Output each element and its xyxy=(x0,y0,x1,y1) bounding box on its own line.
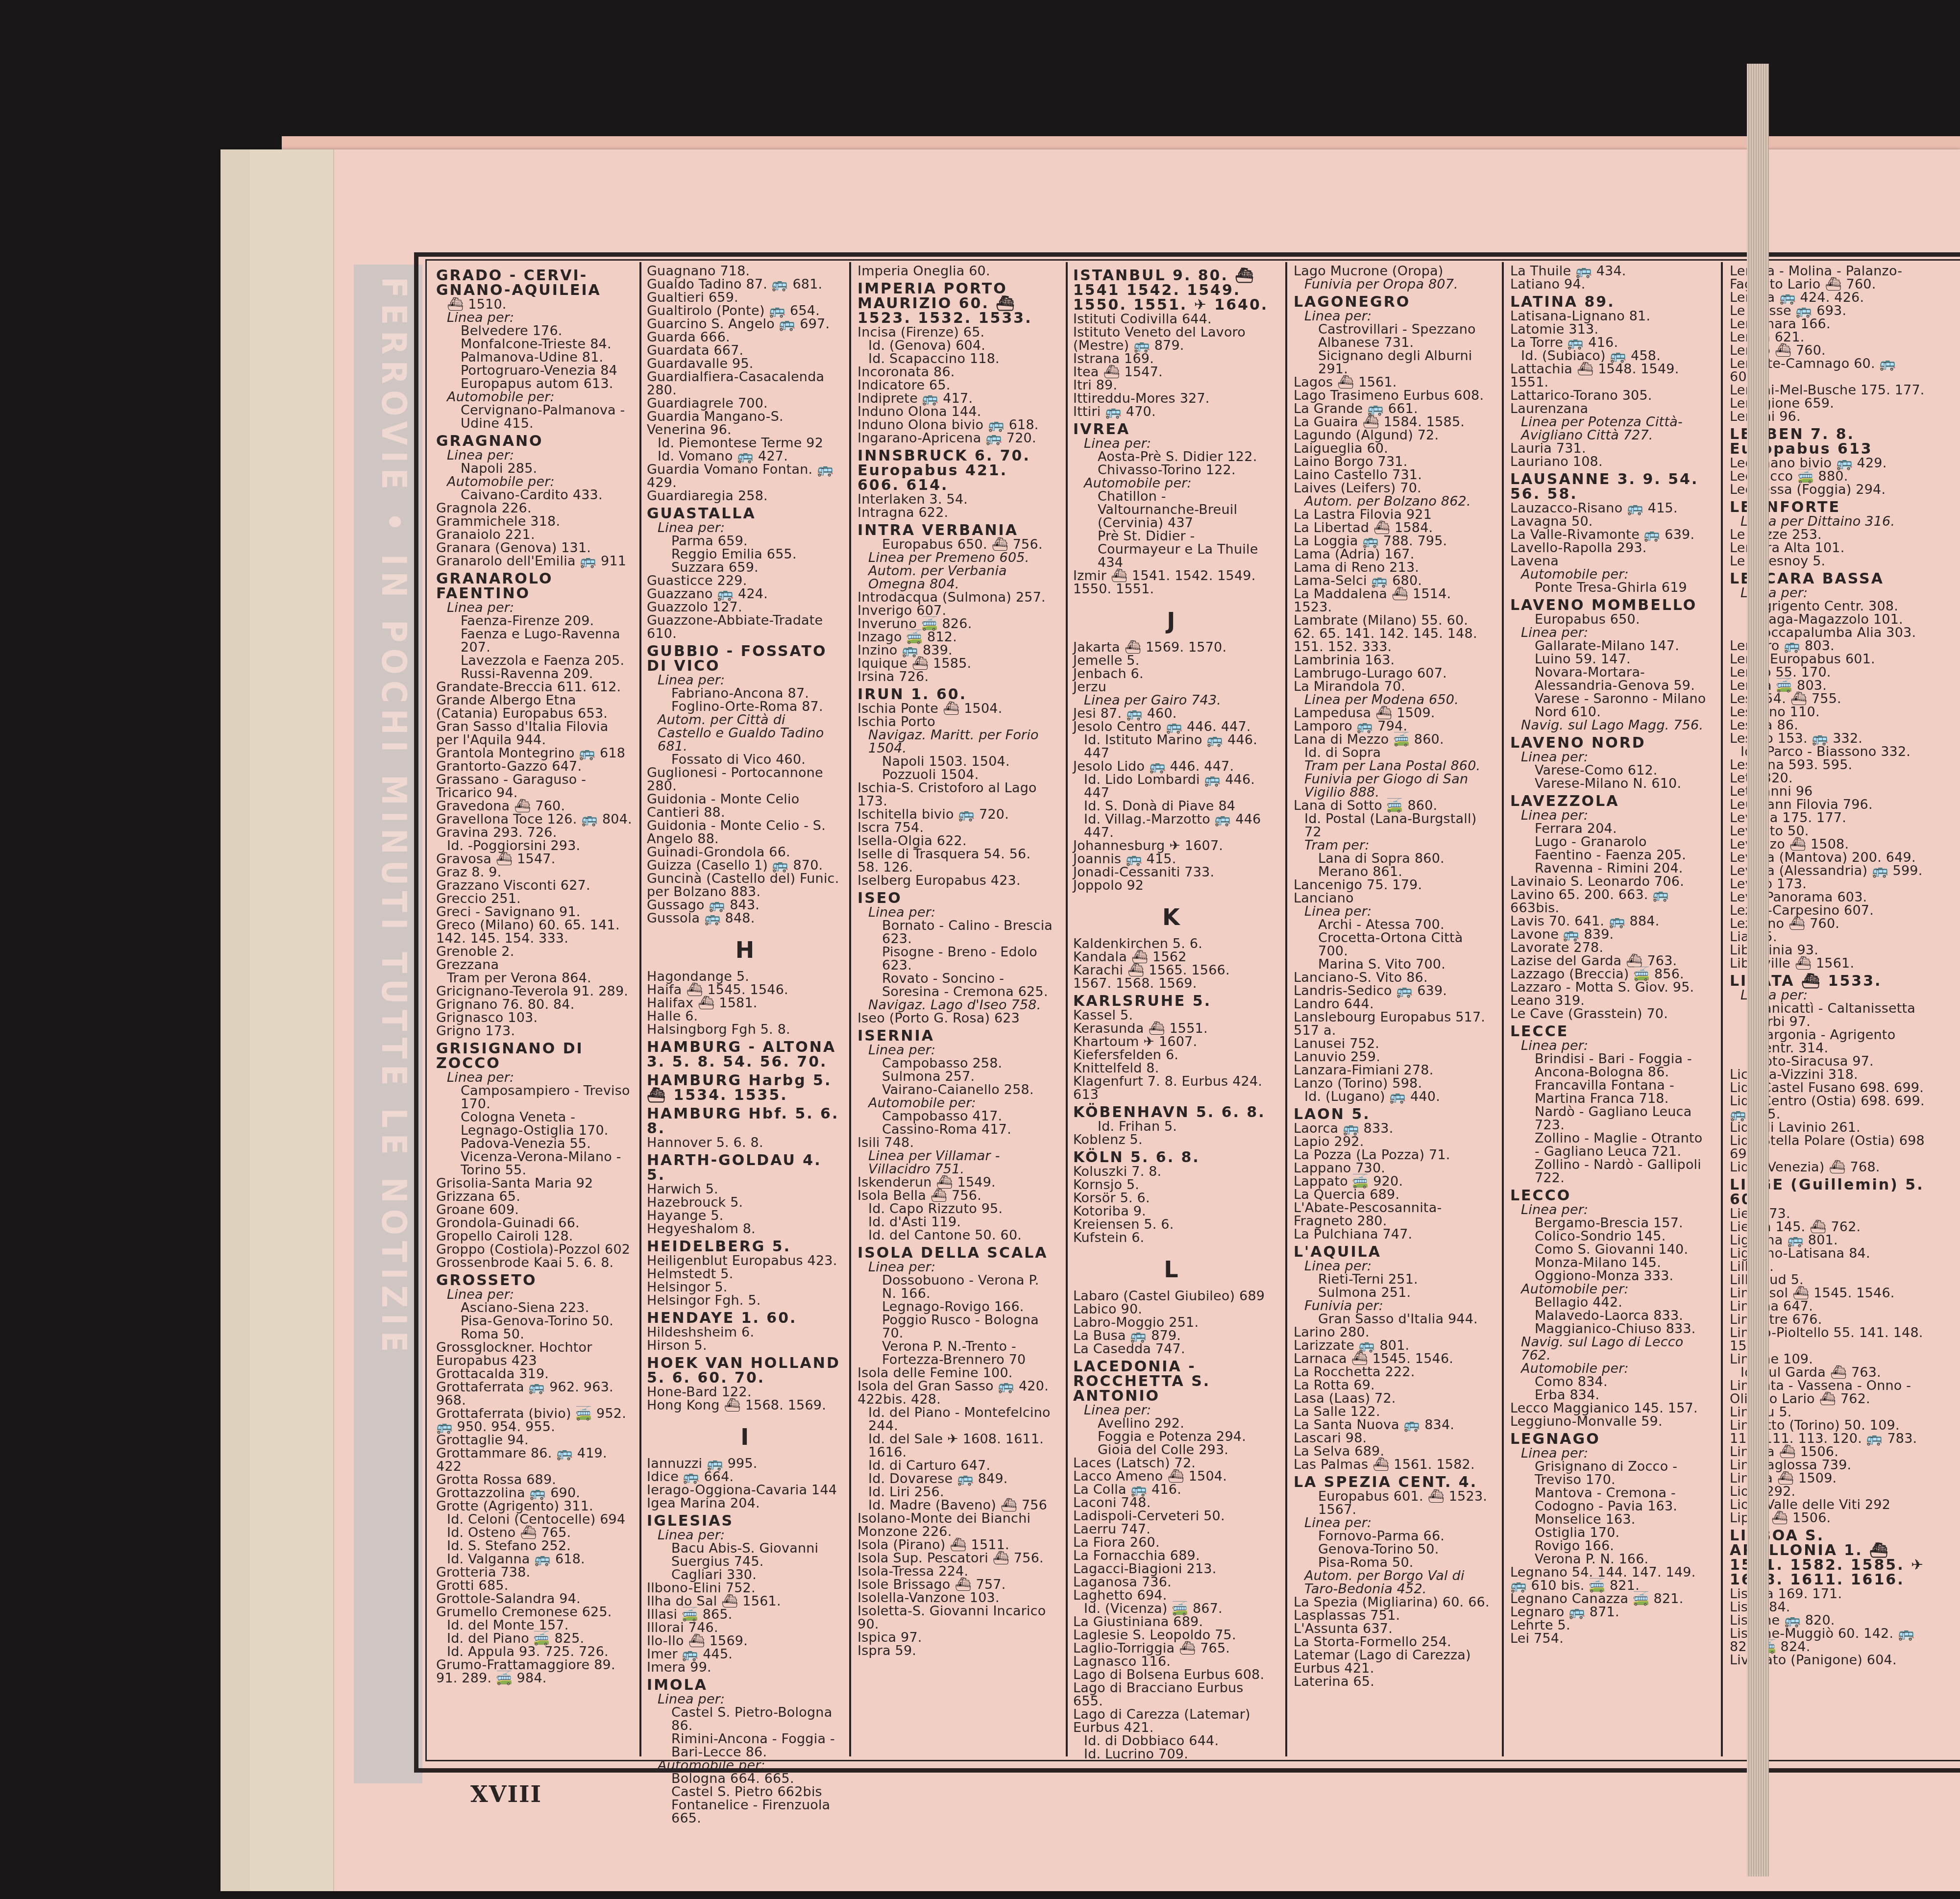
sub-entry: Marina S. Vito 700. xyxy=(1294,958,1490,971)
index-entry: Jerzu xyxy=(1073,681,1269,694)
index-entry: La Maddalena ⛴ 1514. 1523. xyxy=(1294,587,1490,614)
index-entry: Labico 90. xyxy=(1073,1303,1269,1316)
index-entry: Lasplassas 751. xyxy=(1294,1609,1490,1622)
index-entry: Klagenfurt 7. 8. Eurbus 424. 613 xyxy=(1073,1075,1269,1101)
index-entry: Lauzacco-Risano 🚌 415. xyxy=(1510,502,1706,515)
index-entry: Laurenzana xyxy=(1510,402,1706,415)
sub-entry: Bellagio 442. xyxy=(1510,1296,1706,1309)
index-entry: Iselle di Trasquera 54. 56. 58. 126. xyxy=(857,848,1053,874)
sub-entry: Europabus 650. xyxy=(1510,613,1706,626)
index-entry: La Mirandola 70. xyxy=(1294,680,1490,693)
station-heading: LECCE xyxy=(1510,1024,1706,1039)
index-entry: Inzago 🚎 812. xyxy=(857,631,1053,644)
index-entry: Lago di Bracciano Eurbus 655. xyxy=(1073,1681,1269,1708)
sub-entry: Id. Vomano 🚌 427. xyxy=(647,450,843,463)
route-label: Tram per: xyxy=(1294,839,1490,852)
index-entry: Grumo-Frattamaggiore 89. 91. 289. 🚎 984. xyxy=(436,1658,632,1685)
index-entry: Koblenz 5. xyxy=(1073,1133,1269,1146)
letter-heading: K xyxy=(1073,906,1269,928)
route-label: Automobile per: xyxy=(1510,1283,1706,1296)
index-entry: Isola Bella ⛴ 756. xyxy=(857,1189,1053,1202)
index-entry: Istrana 169. xyxy=(1073,352,1269,365)
index-entry: Kornsjo 5. xyxy=(1073,1178,1269,1192)
index-entry: La Libertad ⛴ 1584. xyxy=(1294,521,1490,535)
index-entry: Isola Sup. Pescatori ⛴ 756. xyxy=(857,1552,1053,1565)
index-entry: Korsör 5. 6. xyxy=(1073,1192,1269,1205)
sub-entry: Parma 659. xyxy=(647,535,843,548)
index-entry: Gricignano-Teverola 91. 289. xyxy=(436,985,632,998)
index-entry: Imer 🚌 445. xyxy=(647,1648,843,1661)
index-entry: Landris-Sedico 🚌 639. xyxy=(1294,984,1490,998)
page-number: XVIII xyxy=(470,1781,542,1807)
index-entry: Halle 6. xyxy=(647,1010,843,1023)
index-entry: Lama-Selci 🚌 680. xyxy=(1294,574,1490,587)
sub-entry: Campobasso 417. xyxy=(857,1110,1053,1123)
index-entry: Jakarta ⛴ 1569. 1570. xyxy=(1073,641,1269,654)
index-entry: Grenoble 2. xyxy=(436,945,632,958)
sub-entry: Id. d'Asti 119. xyxy=(857,1216,1053,1229)
index-entry: Jesolo Lido 🚌 446. 447. xyxy=(1073,760,1269,773)
index-entry: Kiefersfelden 6. xyxy=(1073,1048,1269,1062)
index-entry: Jesi 87. 🚌 460. xyxy=(1073,707,1269,720)
station-heading: KÖLN 5. 6. 8. xyxy=(1073,1150,1269,1165)
station-heading: IMPERIA PORTO MAURIZIO 60. ⛴ 1523. 1532.… xyxy=(857,282,1053,326)
index-entry: Hirson 5. xyxy=(647,1339,843,1352)
sub-entry: Id. (Subiaco) 🚌 458. xyxy=(1510,349,1706,363)
index-entry: Idice 🚌 664. xyxy=(647,1470,843,1484)
sub-entry: Padova-Venezia 55. xyxy=(436,1137,632,1150)
index-entry: Hazebrouck 5. xyxy=(647,1196,843,1209)
index-entry: Lavagna 50. xyxy=(1510,515,1706,528)
index-column-1: GRADO - CERVI-GNANO-AQUILEIA⛴ 1510.Linea… xyxy=(436,265,632,1685)
sub-entry: Europabus 601. ⛴ 1523. 1567. xyxy=(1294,1490,1490,1516)
sub-entry: Cologna Veneta - Legnago-Ostiglia 170. xyxy=(436,1111,632,1137)
index-entry: Ladispoli-Cerveteri 50. xyxy=(1073,1509,1269,1523)
sub-entry: Id. del Monte 157. xyxy=(436,1619,632,1632)
index-entry: La Quercia 689. xyxy=(1294,1188,1490,1201)
station-heading: ISOLA DELLA SCALA xyxy=(857,1246,1053,1261)
index-entry: Grottazzolina 🚌 690. xyxy=(436,1486,632,1500)
index-entry: La Grande 🚌 661. xyxy=(1294,402,1490,415)
index-entry: Indiprete 🚌 417. xyxy=(857,392,1053,405)
index-entry: Isolella-Vanzone 103. xyxy=(857,1591,1053,1605)
station-heading: LATINA 89. xyxy=(1510,295,1706,310)
station-heading: HENDAYE 1. 60. xyxy=(647,1311,843,1326)
sub-entry: Faenza-Firenze 209. xyxy=(436,614,632,628)
index-entry: Gravina 293. 726. xyxy=(436,826,632,839)
index-entry: Guarcino S. Angelo 🚌 697. xyxy=(647,317,843,331)
sub-entry: Aosta-Prè S. Didier 122. xyxy=(1073,450,1269,463)
index-entry: Ittireddu-Mores 327. xyxy=(1073,392,1269,405)
route-label: Linea per: xyxy=(436,449,632,462)
index-entry: La Giustiniana 689. xyxy=(1073,1615,1269,1629)
index-entry: Lazise del Garda ⛴ 763. xyxy=(1510,954,1706,968)
index-entry: Isili 748. xyxy=(857,1136,1053,1149)
station-heading: IGLESIAS xyxy=(647,1514,843,1529)
index-entry: Grumello Cremonese 625. xyxy=(436,1606,632,1619)
index-entry: Lambrugo-Lurago 607. xyxy=(1294,667,1490,680)
index-entry: Induno Olona bivio 🚌 618. xyxy=(857,418,1053,432)
index-entry: Ittiri 🚌 470. xyxy=(1073,405,1269,418)
sub-entry: Id. del Piano 🚎 825. xyxy=(436,1632,632,1645)
index-entry: L'Assunta 637. xyxy=(1294,1622,1490,1635)
index-entry: Iselberg Europabus 423. xyxy=(857,874,1053,887)
route-label: Funivia per Oropa 807. xyxy=(1294,278,1490,291)
index-entry: Grottammare 86. 🚌 419. 422 xyxy=(436,1447,632,1473)
route-label: Linea per Gairo 743. xyxy=(1073,694,1269,707)
sub-entry: Id. -Poggiorsini 293. xyxy=(436,839,632,852)
index-entry: La Storta-Formello 254. xyxy=(1294,1635,1490,1649)
index-entry: Grassano - Garaguso - Tricarico 94. xyxy=(436,773,632,800)
station-heading: IVREA xyxy=(1073,422,1269,437)
station-heading: ISTANBUL 9. 80. ⛴ 1541 1542. 1549. 1550.… xyxy=(1073,268,1269,313)
station-heading: GUASTALLA xyxy=(647,507,843,521)
route-label: Linea per: xyxy=(436,311,632,324)
route-label: Funivia per Giogo di San Vigilio 888. xyxy=(1294,773,1490,799)
sub-entry: Sicignano degli Alburni 291. xyxy=(1294,349,1490,376)
sub-entry: Como 834. xyxy=(1510,1375,1706,1388)
index-entry: Grossenbrode Kaai 5. 6. 8. xyxy=(436,1256,632,1269)
index-entry: Laino Castello 731. xyxy=(1294,468,1490,482)
index-entry: Jesolo Centro 🚌 446. 447. xyxy=(1073,720,1269,733)
index-entry: Groppo (Costiola)-Pozzol 602 xyxy=(436,1243,632,1256)
sub-entry: Gioia del Colle 293. xyxy=(1073,1443,1269,1457)
index-entry: Grottole-Salandra 94. xyxy=(436,1592,632,1606)
index-entry: Hildeshsheim 6. xyxy=(647,1326,843,1339)
index-entry: Lagnasco 116. xyxy=(1073,1655,1269,1668)
index-entry: Greci - Savignano 91. xyxy=(436,905,632,919)
index-entry: Laganosa 736. xyxy=(1073,1576,1269,1589)
index-entry: Ischia-S. Cristoforo al Lago 173. xyxy=(857,781,1053,808)
index-entry: Isola (Pirano) ⛴ 1511. xyxy=(857,1538,1053,1552)
station-heading: LEGNAGO xyxy=(1510,1432,1706,1447)
sub-entry: Id. di Carturo 647. xyxy=(857,1459,1053,1472)
index-entry: Lambrate (Milano) 55. 60. 62. 65. 141. 1… xyxy=(1294,614,1490,654)
index-entry: Le Cave (Grasstein) 70. xyxy=(1510,1007,1706,1021)
sub-entry: Merano 861. xyxy=(1294,865,1490,878)
index-entry: Lanuvio 259. xyxy=(1294,1050,1490,1064)
sub-entry: Gran Sasso d'Italia 944. xyxy=(1294,1313,1490,1326)
index-entry: Istituti Codivilla 644. xyxy=(1073,313,1269,326)
index-entry: Guardavalle 95. xyxy=(647,357,843,370)
station-heading: ISEO xyxy=(857,891,1053,906)
index-entry: Harwich 5. xyxy=(647,1183,843,1196)
index-entry: Kerasunda ⛴ 1551. xyxy=(1073,1022,1269,1035)
index-entry: Laorca 🚌 833. xyxy=(1294,1122,1490,1135)
station-heading: HAMBURG Hbf. 5. 6. 8. xyxy=(647,1107,843,1136)
index-entry: Hagondange 5. xyxy=(647,970,843,983)
index-entry: Hegyeshalom 8. xyxy=(647,1222,843,1236)
index-entry: Guagnano 718. xyxy=(647,265,843,278)
sub-entry: Monfalcone-Trieste 84. xyxy=(436,338,632,351)
sub-entry: Suzzara 659. xyxy=(647,561,843,574)
index-entry: Landro 644. xyxy=(1294,998,1490,1011)
index-entry: Guazzone-Abbiate-Tradate 610. xyxy=(647,614,843,640)
sub-entry: Maggianico-Chiuso 833. xyxy=(1510,1322,1706,1336)
station-heading: HARTH-GOLDAU 4. 5. xyxy=(647,1153,843,1183)
station-heading: LAVENO NORD xyxy=(1510,736,1706,751)
index-entry: Jemelle 5. xyxy=(1073,654,1269,667)
sub-entry: Roma 50. xyxy=(436,1328,632,1341)
sub-entry: Id. di Dobbiaco 644. xyxy=(1073,1734,1269,1748)
sub-entry: Id. Capo Rizzuto 95. xyxy=(857,1202,1053,1216)
station-heading: KÖBENHAVN 5. 6. 8. xyxy=(1073,1105,1269,1120)
index-entry: Isole Brissago ⛴ 757. xyxy=(857,1578,1053,1591)
sub-entry: Oggiono-Monza 333. xyxy=(1510,1269,1706,1283)
index-entry: Lecco Maggianico 145. 157. xyxy=(1510,1402,1706,1415)
sub-entry: Sulmona 257. xyxy=(857,1070,1053,1083)
index-entry: Inveruno 🚎 826. xyxy=(857,617,1053,631)
index-entry: La Casedda 747. xyxy=(1073,1342,1269,1356)
index-entry: Gravedona ⛴ 760. xyxy=(436,800,632,813)
index-entry: Laglesie S. Leopoldo 75. xyxy=(1073,1629,1269,1642)
index-entry: Laces (Latsch) 72. xyxy=(1073,1457,1269,1470)
index-entry: Halifax ⛴ 1581. xyxy=(647,997,843,1010)
index-entry: Grignano 76. 80. 84. xyxy=(436,998,632,1011)
sub-entry: Bologna 664. 665. xyxy=(647,1772,843,1785)
side-band-text: FERROVIE • IN POCHI MINUTI TUTTE LE NOTI… xyxy=(365,277,414,1771)
index-entry: Lamporo 🚌 794. xyxy=(1294,720,1490,733)
index-entry: Isoletta-S. Giovanni Incarico 90. xyxy=(857,1605,1053,1631)
index-entry: Granara (Genova) 131. xyxy=(436,541,632,555)
index-entry: Latemar (Lago di Carezza) Eurbus 421. xyxy=(1294,1649,1490,1675)
index-entry: Lappato 🚎 920. xyxy=(1294,1175,1490,1188)
sub-entry: Verona P. N. 166. xyxy=(1510,1553,1706,1566)
sub-entry: Id. Frihan 5. xyxy=(1073,1120,1269,1133)
index-entry: Guardia Mangano-S. Venerina 96. xyxy=(647,410,843,437)
sub-entry: Belvedere 176. xyxy=(436,324,632,338)
index-entry: Incoronata 86. xyxy=(857,365,1053,379)
index-entry: Guasticce 229. xyxy=(647,574,843,587)
sub-entry: Caivano-Cardito 433. xyxy=(436,488,632,502)
sub-entry: Id. Appula 93. 725. 726. xyxy=(436,1645,632,1658)
sub-entry: Cassino-Roma 417. xyxy=(857,1123,1053,1136)
sub-entry: Avellino 292. xyxy=(1073,1417,1269,1430)
index-entry: Lagundo (Algund) 72. xyxy=(1294,429,1490,442)
sub-entry: Sulmona 251. xyxy=(1294,1286,1490,1299)
index-entry: Izmir ⛴ 1541. 1542. 1549. 1550. 1551. xyxy=(1073,569,1269,596)
sub-entry: Dossobuono - Verona P. N. 166. xyxy=(857,1274,1053,1300)
sub-entry: Colico-Sondrio 145. xyxy=(1510,1230,1706,1243)
sub-entry: Fabriano-Ancona 87. xyxy=(647,687,843,700)
index-entry: Isola del Gran Sasso 🚌 420. 422bis. 428. xyxy=(857,1380,1053,1406)
route-label: Navig. sul Lago Magg. 756. xyxy=(1510,719,1706,732)
sub-entry: Bornato - Calino - Brescia 623. xyxy=(857,919,1053,946)
sub-entry: Foggia e Potenza 294. xyxy=(1073,1430,1269,1443)
index-entry: Interlaken 3. 54. xyxy=(857,493,1053,506)
station-heading: IRUN 1. 60. xyxy=(857,687,1053,702)
index-entry: Guizza (Casello 1) 🚌 870. xyxy=(647,859,843,872)
sub-entry: Id. (Lugano) 🚌 440. xyxy=(1294,1090,1490,1103)
index-entry: Lago di Carezza (Latemar) Eurbus 421. xyxy=(1073,1708,1269,1734)
index-entry: Laives (Leifers) 70. xyxy=(1294,482,1490,495)
index-entry: Helsingor Fgh. 5. xyxy=(647,1294,843,1307)
index-entry: Gravellona Toce 126. 🚌 804. xyxy=(436,813,632,826)
route-label: Linea per: xyxy=(647,1529,843,1542)
letter-heading: L xyxy=(1073,1258,1269,1281)
index-entry: Gualtirolo (Ponte) 🚌 654. xyxy=(647,304,843,317)
index-entry: Guazzano 🚌 424. xyxy=(647,587,843,601)
sub-entry: Castel S. Pietro 662bis xyxy=(647,1785,843,1799)
column-divider xyxy=(1721,262,1723,1756)
index-entry: Lei 754. xyxy=(1510,1632,1706,1645)
index-entry: Grottacalda 319. xyxy=(436,1367,632,1381)
index-entry: Induno Olona 144. xyxy=(857,405,1053,418)
index-entry: Isolano-Monte dei Bianchi Monzone 226. xyxy=(857,1512,1053,1538)
index-entry: Lagacci-Biagioni 213. xyxy=(1073,1562,1269,1576)
index-entry: Granarolo dell'Emilia 🚌 911 xyxy=(436,555,632,568)
route-label: Linea per: xyxy=(857,1261,1053,1274)
index-entry: Grottaferrata 🚌 962. 963. 968. xyxy=(436,1381,632,1407)
index-entry: Grisolia-Santa Maria 92 xyxy=(436,1177,632,1190)
sub-entry: Europapus autom 613. xyxy=(436,377,632,390)
index-entry: Iscra 754. xyxy=(857,821,1053,834)
station-heading: LACEDONIA - ROCCHETTA S. ANTONIO xyxy=(1073,1360,1269,1404)
index-entry: Leggiuno-Monvalle 59. xyxy=(1510,1415,1706,1428)
station-heading: LA SPEZIA CENT. 4. xyxy=(1294,1475,1490,1490)
station-heading: HOEK VAN HOLLAND 5. 6. 60. 70. xyxy=(647,1356,843,1386)
index-entry: Heiligenblut Europabus 423. xyxy=(647,1254,843,1267)
sub-entry: Pisogne - Breno - Edolo 623. xyxy=(857,946,1053,972)
index-entry: Iseo (Porto G. Rosa) 623 xyxy=(857,1012,1053,1025)
sub-entry: Portogruaro-Venezia 84 xyxy=(436,364,632,377)
column-divider xyxy=(849,262,851,1756)
index-entry: Imera 99. xyxy=(647,1661,843,1674)
index-entry: Jonadi-Cessaniti 733. xyxy=(1073,866,1269,879)
station-heading: L'AQUILA xyxy=(1294,1245,1490,1260)
index-entry: Ilo-Ilo ⛴ 1569. xyxy=(647,1634,843,1648)
index-entry: Las Palmas ⛴ 1561. 1582. xyxy=(1294,1458,1490,1471)
index-entry: Ilbono-Elini 752. xyxy=(647,1582,843,1595)
station-heading: LAON 5. xyxy=(1294,1107,1490,1122)
station-heading: INTRA VERBANIA xyxy=(857,523,1053,538)
sub-entry: Id. Villag.-Marzotto 🚌 446 447. xyxy=(1073,813,1269,839)
index-entry: Ierago-Oggiona-Cavaria 144 xyxy=(647,1484,843,1497)
station-heading: HAMBURG Harbg 5. ⛴ 1534. 1535. xyxy=(647,1073,843,1103)
index-entry: Latiano 94. xyxy=(1510,278,1706,291)
index-entry: Grondola-Guinadi 66. xyxy=(436,1217,632,1230)
index-entry: Grottaferrata (bivio) 🚎 952. 🚌 950. 954.… xyxy=(436,1407,632,1434)
index-entry: Istituto Veneto del Lavoro (Mestre) 🚌 87… xyxy=(1073,326,1269,352)
station-heading: INNSBRUCK 6. 70. Europabus 421. 606. 614… xyxy=(857,449,1053,493)
index-entry: Lago di Bolsena Eurbus 608. xyxy=(1073,1668,1269,1681)
column-divider xyxy=(639,262,641,1756)
index-entry: Lavino 65. 200. 663. 🚌 663bis. xyxy=(1510,888,1706,915)
route-label: Linea per Modena 650. xyxy=(1294,693,1490,706)
route-label: Funivia per: xyxy=(1294,1299,1490,1313)
letter-heading: H xyxy=(647,939,843,961)
index-entry: Guncinà (Castello del) Funic. per Bolzan… xyxy=(647,872,843,899)
index-entry: Laerru 747. xyxy=(1073,1523,1269,1536)
index-entry: Lavello-Rapolla 293. xyxy=(1510,541,1706,555)
index-column-4: ISTANBUL 9. 80. ⛴ 1541 1542. 1549. 1550.… xyxy=(1073,265,1269,1761)
route-label: Automobile per: xyxy=(1510,568,1706,581)
index-entry: Graz 8. 9. xyxy=(436,866,632,879)
index-entry: Ispra 59. xyxy=(857,1644,1053,1657)
sub-entry: Nardò - Gagliano Leuca 723. xyxy=(1510,1105,1706,1132)
index-entry: Groane 609. xyxy=(436,1203,632,1217)
index-entry: Guazzolo 127. xyxy=(647,601,843,614)
index-entry: Hong Kong ⛴ 1568. 1569. xyxy=(647,1399,843,1412)
index-entry: Hone-Bard 122. xyxy=(647,1386,843,1399)
index-entry: Gropello Cairoli 128. xyxy=(436,1230,632,1243)
index-entry: Itea ⛴ 1547. xyxy=(1073,365,1269,379)
index-entry: Hannover 5. 6. 8. xyxy=(647,1136,843,1149)
sub-entry: Foglino-Orte-Roma 87. xyxy=(647,700,843,713)
sub-entry: Id. Lido Lombardi 🚌 446. 447 xyxy=(1073,773,1269,800)
index-entry: Indicatore 65. xyxy=(857,379,1053,392)
sub-entry: Zollino - Maglie - Otranto - Gagliano Le… xyxy=(1510,1132,1706,1158)
sub-entry: Malavedo-Laorca 833. xyxy=(1510,1309,1706,1322)
index-entry: Lampedusa ⛴ 1509. xyxy=(1294,706,1490,720)
sub-entry: Zollino - Nardò - Gallipoli 722. xyxy=(1510,1158,1706,1185)
index-entry: Grotteria 738. xyxy=(436,1566,632,1579)
index-entry: Guardialfiera-Casacalenda 280. xyxy=(647,370,843,397)
route-label: Linea per Premeno 605. xyxy=(857,551,1053,564)
sub-entry: Lana di Sopra 860. xyxy=(1294,852,1490,865)
index-entry: Leano 319. xyxy=(1510,994,1706,1007)
index-entry: La Salle 122. xyxy=(1294,1405,1490,1418)
sub-entry: Napoli 285. xyxy=(436,462,632,475)
index-entry: La Santa Nuova 🚌 834. xyxy=(1294,1418,1490,1432)
index-entry: La Busa 🚌 879. xyxy=(1073,1329,1269,1342)
index-entry: Laconi 748. xyxy=(1073,1496,1269,1509)
sub-entry: Id. (Genova) 604. xyxy=(857,339,1053,352)
sub-entry: Fontanelice - Firenzuola 665. xyxy=(647,1799,843,1825)
sub-entry: Reggio Emilia 655. xyxy=(647,548,843,561)
route-label: Automobile per: xyxy=(857,1096,1053,1110)
index-entry: Guardata 667. xyxy=(647,344,843,357)
sub-entry: Id. Postal (Lana-Burgstall) 72 xyxy=(1294,812,1490,839)
index-entry: Grezzana xyxy=(436,958,632,972)
index-entry: Gussola 🚌 848. xyxy=(647,912,843,925)
station-heading: GRAGNANO xyxy=(436,434,632,449)
index-entry: La Lastra Filovia 921 xyxy=(1294,508,1490,521)
sub-entry: Napoli 1503. 1504. xyxy=(857,755,1053,768)
route-label: Automobile per: xyxy=(436,390,632,404)
index-entry: Lago Trasimeno Eurbus 608. xyxy=(1294,389,1490,402)
index-entry: Lancenigo 75. 179. xyxy=(1294,878,1490,892)
index-entry: Isella-Olgia 622. xyxy=(857,834,1053,848)
station-heading: GROSSETO xyxy=(436,1273,632,1288)
index-entry: Laglio-Torriggia ⛴ 765. xyxy=(1073,1642,1269,1655)
sub-entry: Mantova - Cremona - Codogno - Pavia 163. xyxy=(1510,1486,1706,1513)
station-heading: HEIDELBERG 5. xyxy=(647,1240,843,1254)
index-entry: Granaiolo 221. xyxy=(436,528,632,541)
sub-entry: Verona P. N.-Trento - Fortezza-Brennero … xyxy=(857,1340,1053,1366)
sub-entry: Crocetta-Ortona Città 700. xyxy=(1294,931,1490,958)
index-entry: Lappano 730. xyxy=(1294,1162,1490,1175)
sub-entry: Ostiglia 170. xyxy=(1510,1526,1706,1539)
sub-entry: Id. Scapaccino 118. xyxy=(857,352,1053,365)
route-label: Linea per: xyxy=(1510,1203,1706,1217)
index-entry: Joannis 🚌 415. xyxy=(1073,852,1269,866)
route-label: Autom. per Verbania Omegna 804. xyxy=(857,564,1053,591)
index-entry: Lehrte 5. xyxy=(1510,1619,1706,1632)
index-entry: Inzino 🚌 839. xyxy=(857,644,1053,657)
sub-entry: Camposampiero - Treviso 170. xyxy=(436,1084,632,1111)
index-entry: Ispica 97. xyxy=(857,1631,1053,1644)
letter-heading: J xyxy=(1073,609,1269,632)
index-entry: Karachi ⛴ 1565. 1566. 1567. 1568. 1569. xyxy=(1073,964,1269,990)
index-entry: Incisa (Firenze) 65. xyxy=(857,326,1053,339)
index-entry: La Valle-Rivamonte 🚌 639. xyxy=(1510,528,1706,541)
sub-entry: Genova-Torino 50. xyxy=(1294,1543,1490,1556)
index-entry: Latisana-Lignano 81. xyxy=(1510,310,1706,323)
index-entry: Grottaglie 94. xyxy=(436,1434,632,1447)
index-entry: La Torre 🚌 416. xyxy=(1510,336,1706,349)
timetable-index-page: FERROVIE • IN POCHI MINUTI TUTTE LE NOTI… xyxy=(220,149,1960,1891)
